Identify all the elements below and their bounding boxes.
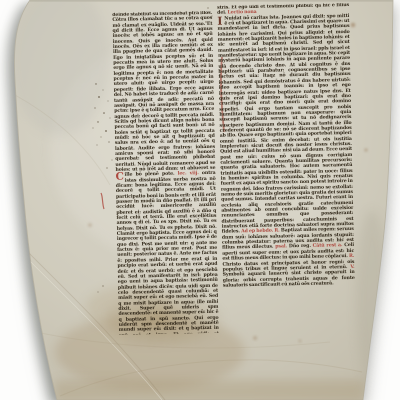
drop-cap-c: C bbox=[116, 173, 125, 183]
left-text-column: deinde stabiliūt sū incendebat ptra illo… bbox=[112, 11, 219, 335]
manuscript-photo: deinde stabiliūt sū incendebat ptra illo… bbox=[0, 0, 400, 400]
text-block: deinde stabiliūt sū incendebat ptra illo… bbox=[108, 1, 363, 346]
left-body-text-1: deinde stabiliūt sū incendebat ptra illo… bbox=[112, 11, 215, 178]
right-text-column: stris. Et ego uidi et testimoniū phibui:… bbox=[217, 3, 356, 332]
rubric-r: R. bbox=[349, 254, 354, 259]
right-body-main: Nuidat nō caritas ista. Joannes qui dixi… bbox=[217, 14, 353, 235]
right-body-symbolu: Symbolū aquarū lauacrū sint christo appa… bbox=[223, 270, 355, 288]
left-body-text-2: ontra istas dissimulātes uerba nostra nō… bbox=[116, 171, 219, 335]
